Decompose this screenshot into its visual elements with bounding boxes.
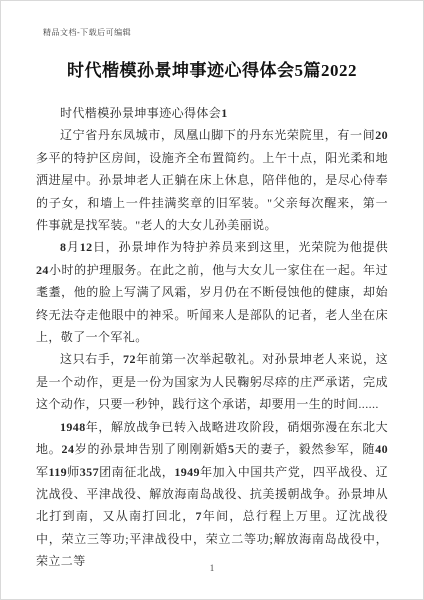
document-body: 时代楷模孙景坤事迹心得体会1 辽宁省丹东凤城市，凤凰山脚下的丹东光荣院里，有一间…: [36, 102, 388, 573]
paragraph: 8月12日，孙景坤作为特护养员来到这里，光荣院为他提供24小时的护理服务。在此之…: [36, 236, 388, 348]
header-note: 精品文档-下载后可编辑: [43, 27, 131, 38]
section-heading: 时代楷模孙景坤事迹心得体会1: [36, 102, 388, 124]
document-page: 精品文档-下载后可编辑 时代楷模孙景坤事迹心得体会5篇2022 时代楷模孙景坤事…: [0, 0, 424, 600]
paragraph: 1948年，解放战争已转入战略进攻阶段，硝烟弥漫在东北大地。24岁的孙景坤告别了…: [36, 416, 388, 573]
page-title: 时代楷模孙景坤事迹心得体会5篇2022: [31, 57, 393, 85]
paragraph: 辽宁省丹东凤城市，凤凰山脚下的丹东光荣院里，有一间20多平的特护区房间，设施齐全…: [36, 124, 388, 236]
page-number: 1: [1, 563, 423, 573]
paragraph: 这只右手，72年前第一次举起敬礼。对孙景坤老人来说，这是一个动作，更是一份为国家…: [36, 348, 388, 415]
